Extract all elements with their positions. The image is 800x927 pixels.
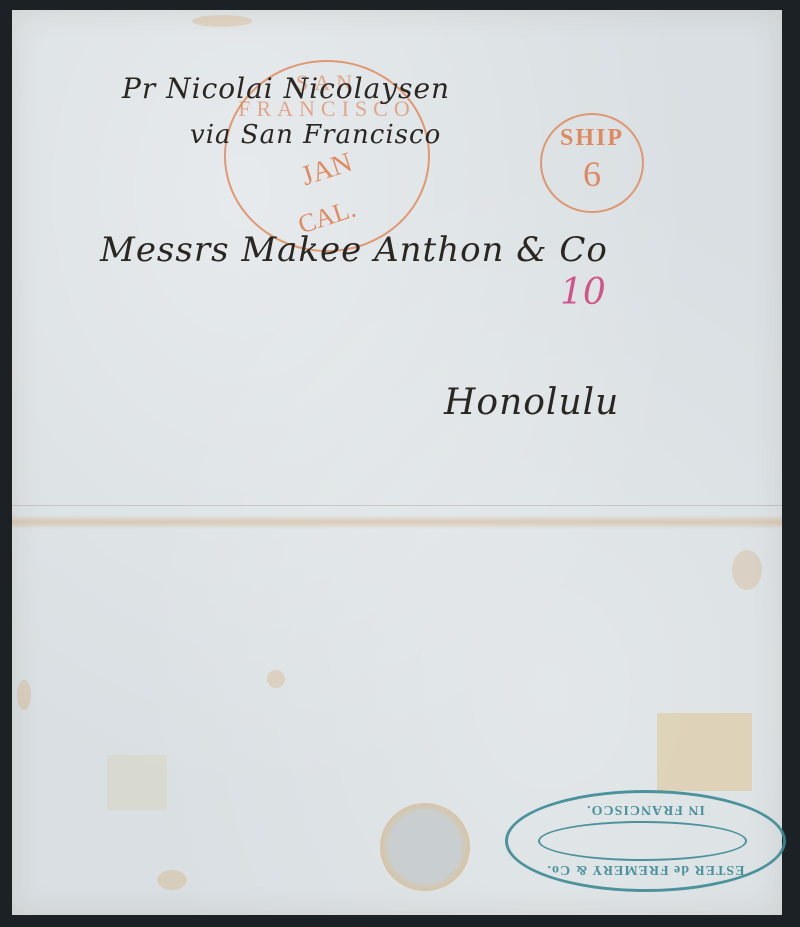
handstamp-top-text: ESTER de FREMERY & Co. [508, 861, 783, 877]
ship-rate: 6 [542, 153, 642, 195]
stain [732, 550, 762, 590]
stain [17, 680, 31, 710]
addressee: Messrs Makee Anthon & Co [100, 230, 608, 270]
ship-label: SHIP [542, 125, 642, 152]
stain [267, 670, 285, 688]
rate-marking: 10 [560, 272, 606, 313]
stain [157, 870, 187, 890]
handstamp-inner-oval [538, 821, 747, 861]
endorsement-line-2: via San Francisco [190, 120, 441, 150]
ship-postmark: SHIP 6 [540, 113, 644, 213]
paper-patch [107, 755, 167, 810]
destination-city: Honolulu [444, 382, 619, 423]
stain [192, 15, 252, 27]
fold-stain [12, 515, 782, 529]
letter-sheet: SAN FRANCISCO JAN CAL. SHIP 6 Pr Nicolai… [12, 10, 782, 915]
handstamp-bottom-text: IN FRANCISCO. [508, 801, 783, 817]
forwarder-handstamp: ESTER de FREMERY & Co. IN FRANCISCO. [505, 790, 786, 892]
wafer-seal [380, 803, 470, 891]
fold-crease [12, 505, 782, 506]
paper-patch [657, 713, 752, 791]
endorsement-line-1: Pr Nicolai Nicolaysen [122, 72, 450, 105]
